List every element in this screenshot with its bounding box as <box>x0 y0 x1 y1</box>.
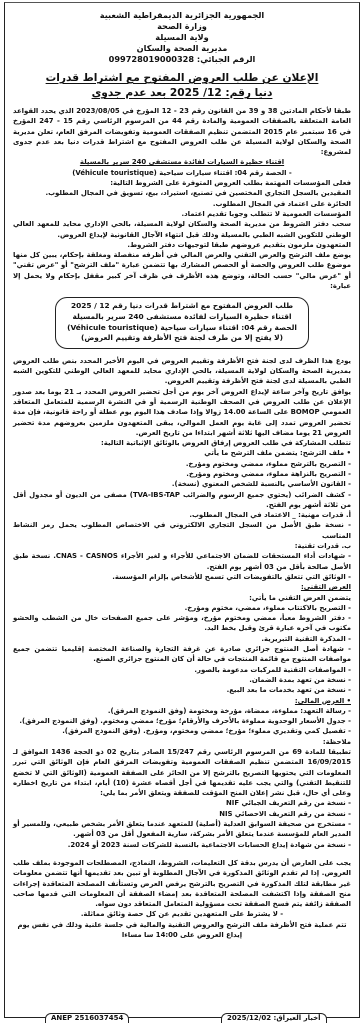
title-line-2: دنيا رقم: 12/ 2025 بعد عدم جدوى <box>92 87 273 99</box>
deadline-paragraph: يوافق تاريخ وآخر ساعة لإيداع العروض آخر … <box>13 387 351 438</box>
anep-reference: ANEP 2516037454 <box>45 1013 129 1023</box>
technical-offer-item: - نسخة من تعهد بخدمات ما بعد البيع. <box>13 685 351 695</box>
candidacy-item: - التصريح بالنزاهة مملوء، ممضي ومختوم وم… <box>13 469 351 479</box>
tax-id: الرقم الجبائي: 099728019000328 <box>13 54 351 65</box>
deposit-paragraph: يودع هذا الظرف لدى لجنة فتح الأظرفة وتقي… <box>13 356 351 387</box>
project-name: اقتناء حظيرة السيارات لفائدة مستشفى 240 … <box>13 157 351 167</box>
republic-name: الجمهورية الجزائرية الديمقراطية الشعبية <box>13 10 351 21</box>
wilaya-name: ولاية المسيلة <box>13 32 351 43</box>
technical-offer-item: - دفتر الشروط معبأ، ممضي ومختوم مؤرخ، وم… <box>13 613 351 634</box>
candidacy-heading: • ملف الترشح: يتضمن ملف الترشح ما يأتي <box>13 448 351 458</box>
candidacy-item: - القانون الأساسي بالنسبة للشخص المعنوي … <box>13 479 351 489</box>
note-paragraph: تطبيقا للمادة 69 من المرسوم الرئاسي رقم … <box>13 747 351 798</box>
note-item: - نسخة من شهادة إيداع الحسابات الاجتماعي… <box>13 840 351 850</box>
technical-capacity-item: - شهادات أداء المستحقات للضمان الاجتماعي… <box>13 551 351 572</box>
envelope-line: طلب العروض المفتوح مع اشتراط قدرات دنيا … <box>60 301 304 312</box>
eligibility-lead: فعلى المؤسسات المهتمة بطلب العروض المتوف… <box>13 178 351 188</box>
publication-date: أخبار العيراق: 2025/12/02 <box>221 1013 327 1023</box>
technical-offer-lead: يتضمن العرض التقني ما يأتي: <box>13 593 351 603</box>
closing-paragraph: يجب على العارض أن يدرس بدقة كل التعليمات… <box>13 858 351 909</box>
eligibility-item: الحائزة على اعتماد في المجال المطلوب. <box>13 199 351 209</box>
envelope-label-box: طلب العروض المفتوح مع اشتراط قدرات دنيا … <box>55 297 309 348</box>
issuer-header: الجمهورية الجزائرية الديمقراطية الشعبية … <box>13 10 351 65</box>
technical-offer-item: - المذكرة التقنية التبريرية. <box>13 634 351 644</box>
note-heading: ملاحظة: <box>13 737 351 747</box>
technical-offer-item: - شهادة أصل المنتوج جزائري صادرة عن غرفة… <box>13 644 351 665</box>
note-item: - نسخة من رقم التعريف الجبائي NIF <box>13 798 351 808</box>
notice-title: الإعلان عن طلب العروض المفتوح مع اشتراط … <box>13 71 351 101</box>
ministry-name: وزارة الصحة <box>13 21 351 32</box>
title-line-1: الإعلان عن طلب العروض المفتوح مع اشتراط … <box>46 72 319 84</box>
envelopes-paragraph: يوضع ملف الترشح والعرض التقني والعرض الم… <box>13 250 351 291</box>
commitment-paragraph: المتعهدون ملزمون بتقديم عروضهم طبقا لتوج… <box>13 240 351 250</box>
note-item: - مستخرج من صحيفة السوابق العدلية (أصلية… <box>13 819 351 840</box>
withdrawal-paragraph: سحب دفتر الشروط من مديرية الصحة والسكان … <box>13 219 351 240</box>
eligibility-item: المقيدين بالسجل التجاري المختصين في تصني… <box>13 188 351 198</box>
technical-offer-item: - المواصفات التقنية للمركبات مدعومة بالص… <box>13 665 351 675</box>
financial-offer-item: - جدول الأسعار الوحدوية مملوءة بالأحرف و… <box>13 716 351 726</box>
financial-offer-item: - تفصيل كمي وتقديري مملوء؛ مؤرخ؛ ممضي وم… <box>13 726 351 736</box>
technical-capacity-item: - الوثائق التي تتعلق بالتفويضات التي تسم… <box>13 572 351 582</box>
technical-offer-heading: العرض التقني: <box>13 582 351 592</box>
technical-offer-item: - التصريح بالاكتتاب مملوء، ممضي، مختوم و… <box>13 603 351 613</box>
envelope-line: (لا يفتح إلا من طرف لجنة فتح الأظرفة وتق… <box>60 333 304 344</box>
envelope-line: الحصة رقم 04: اقتناء سيارات سياحية (Véhi… <box>60 323 304 334</box>
technical-offer-item: - نسخة من تعهد بمدة الضمان. <box>13 675 351 685</box>
envelope-line: اقتناء حظيرة السيارات لفائدة مستشفى 240 … <box>60 312 304 323</box>
documents-lead: تتطلب المشاركة في طلب العروض إرفاق العرو… <box>13 438 351 448</box>
financial-offer-heading: • العرض المالي: <box>13 696 351 706</box>
note-item: - نسخة من رقم التعريف الاحصائي NIS <box>13 809 351 819</box>
professional-item: - نسخة طبق الأصل من السجل التجاري الالكت… <box>13 520 351 541</box>
eligibility-item: المؤسسات العمومية لا تتطلب وجوبا تقديم ا… <box>13 209 351 219</box>
candidacy-item: - كشف الضرائب (يحتوي جميع الرسوم والضرائ… <box>13 490 351 511</box>
technical-capacity-heading: ب. قدرات تقنية: <box>13 541 351 551</box>
financial-offer-item: - رسالة التعهد: مملوءة، ممضاة، مؤرخة ومخ… <box>13 706 351 716</box>
directorate-name: مديرية الصحة والسكان <box>13 43 351 54</box>
tender-notice: الجمهورية الجزائرية الديمقراطية الشعبية … <box>4 2 360 1018</box>
lot-description: - الحصة رقم 04: اقتناء سيارات سياحية (Vé… <box>13 168 351 178</box>
opening-session-paragraph: تتم عملية فتح الأظرفة ملف الترشح والعروض… <box>13 920 351 941</box>
candidacy-item: - التصريح بالترشح مملوء، ممضي ومختوم ومؤ… <box>13 459 351 469</box>
intro-paragraph: طبقا لأحكام المادتين 38 و 39 من القانون … <box>13 106 351 157</box>
professional-capacity: أ. قدرات مهنية: _ الاعتماد في المجال الم… <box>13 510 351 520</box>
closing-note: - لا يشترط على المتعهدين تقديم عن كل حصة… <box>13 909 351 919</box>
footer: ANEP 2516037454 أخبار العيراق: 2025/12/0… <box>5 1011 359 1023</box>
